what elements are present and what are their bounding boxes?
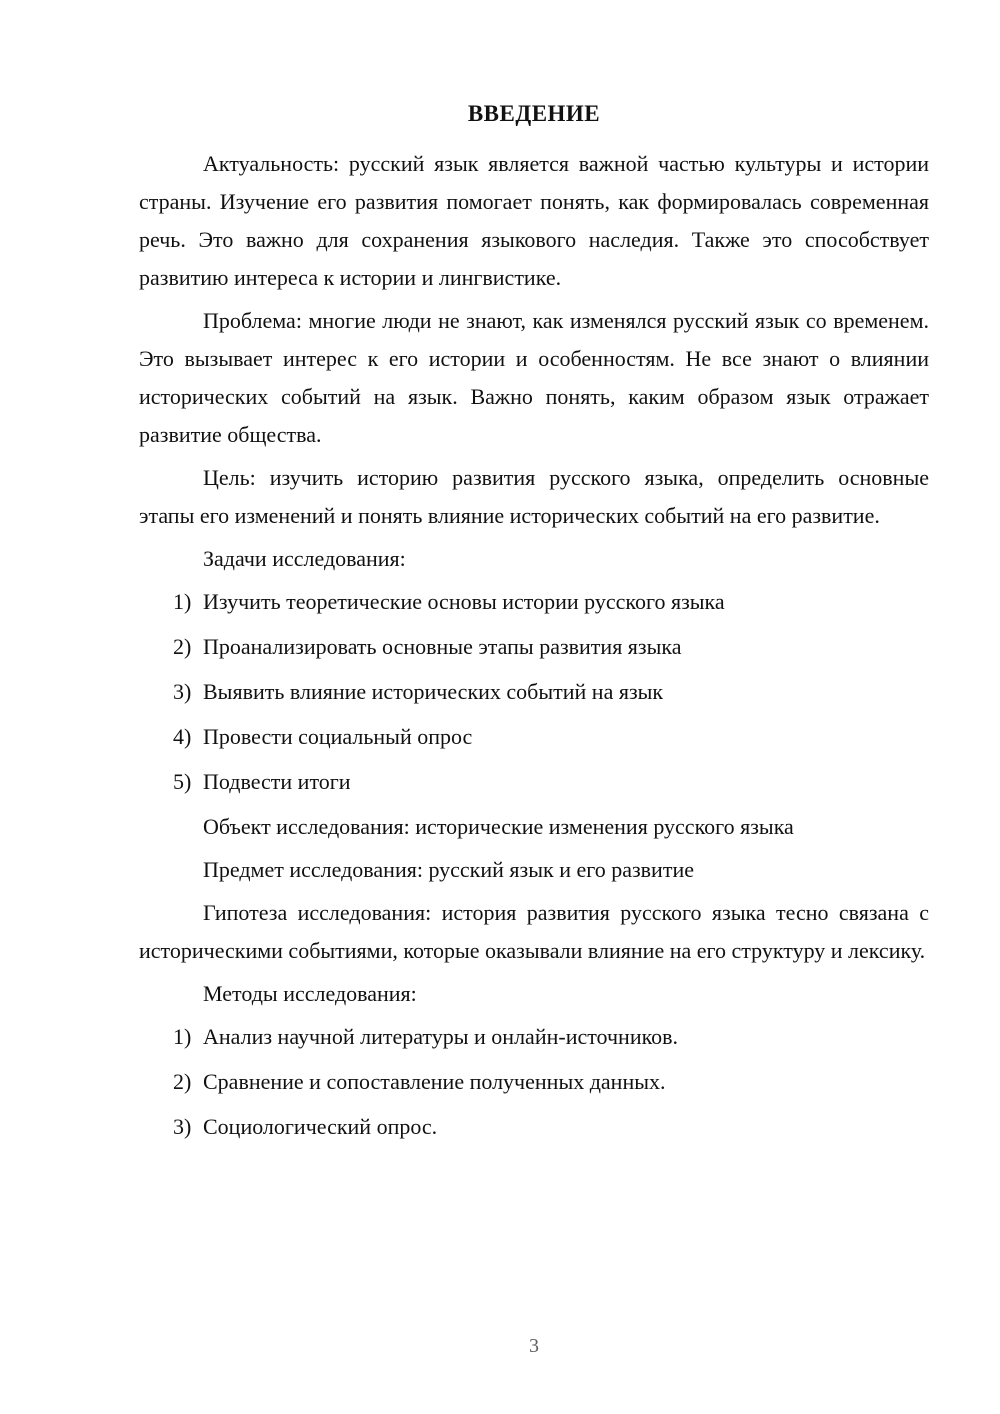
task-item: 2)Проанализировать основные этапы развит… (139, 628, 929, 666)
paragraph-goal: Цель: изучить историю развития русского … (139, 459, 929, 535)
paragraph-problem: Проблема: многие люди не знают, как изме… (139, 302, 929, 454)
page-number: 3 (139, 1332, 929, 1360)
tasks-heading: Задачи исследования: (139, 540, 929, 578)
task-item: 5)Подвести итоги (139, 763, 929, 801)
paragraph-actuality: Актуальность: русский язык является важн… (139, 145, 929, 297)
paragraph-hypothesis: Гипотеза исследования: история развития … (139, 894, 929, 970)
method-item-text: Сравнение и сопоставление полученных дан… (203, 1069, 666, 1094)
task-item-number: 1) (173, 583, 203, 621)
task-item-number: 2) (173, 628, 203, 666)
task-item-number: 3) (173, 673, 203, 711)
page-title: ВВЕДЕНИЕ (139, 95, 929, 133)
document-page: ВВЕДЕНИЕ Актуальность: русский язык явля… (0, 0, 1000, 1414)
method-item-number: 1) (173, 1018, 203, 1056)
task-item-number: 4) (173, 718, 203, 756)
task-item-text: Проанализировать основные этапы развития… (203, 634, 682, 659)
method-item-text: Социологический опрос. (203, 1114, 437, 1139)
method-item-text: Анализ научной литературы и онлайн-источ… (203, 1024, 678, 1049)
task-item-text: Провести социальный опрос (203, 724, 472, 749)
paragraph-subject: Предмет исследования: русский язык и его… (139, 851, 929, 889)
task-item-text: Подвести итоги (203, 769, 351, 794)
method-item: 2)Сравнение и сопоставление полученных д… (139, 1063, 929, 1101)
task-item-number: 5) (173, 763, 203, 801)
method-item: 1)Анализ научной литературы и онлайн-ист… (139, 1018, 929, 1056)
method-item-number: 3) (173, 1108, 203, 1146)
paragraph-object: Объект исследования: исторические измене… (139, 808, 929, 846)
method-item-number: 2) (173, 1063, 203, 1101)
task-item: 4)Провести социальный опрос (139, 718, 929, 756)
methods-heading: Методы исследования: (139, 975, 929, 1013)
method-item: 3)Социологический опрос. (139, 1108, 929, 1146)
task-item: 3)Выявить влияние исторических событий н… (139, 673, 929, 711)
task-item-text: Выявить влияние исторических событий на … (203, 679, 663, 704)
task-item: 1)Изучить теоретические основы истории р… (139, 583, 929, 621)
page-content: ВВЕДЕНИЕ Актуальность: русский язык явля… (139, 95, 929, 1153)
task-item-text: Изучить теоретические основы истории рус… (203, 589, 725, 614)
